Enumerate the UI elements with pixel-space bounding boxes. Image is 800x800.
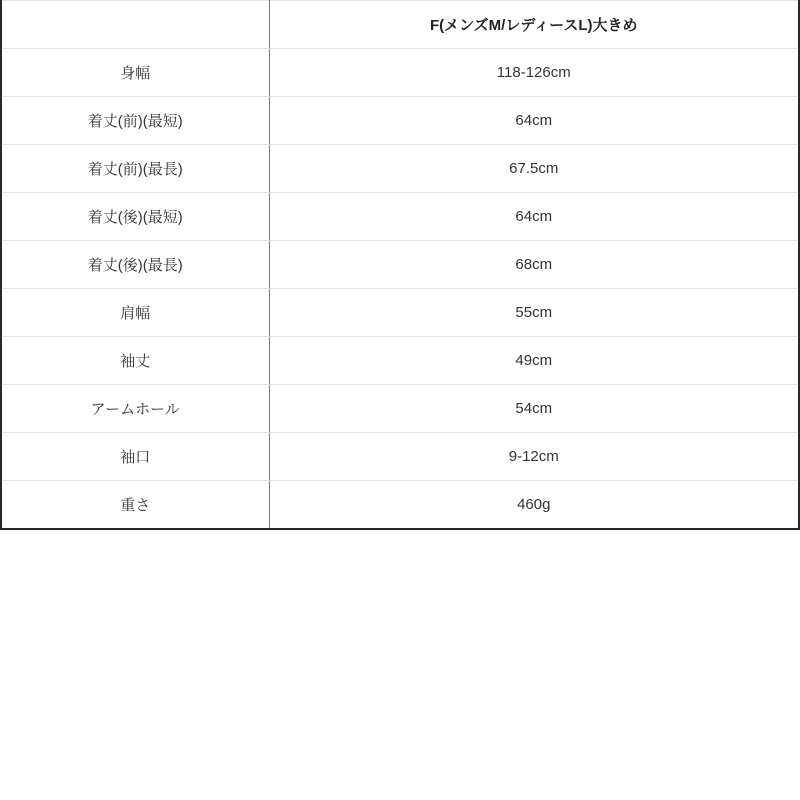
- measurement-value: 9-12cm: [269, 433, 799, 481]
- measurement-value: 55cm: [269, 289, 799, 337]
- table-row: 肩幅 55cm: [1, 289, 799, 337]
- table-row: アームホール 54cm: [1, 385, 799, 433]
- measurement-label: 重さ: [1, 481, 269, 529]
- measurement-label: 着丈(前)(最長): [1, 145, 269, 193]
- measurement-label: 着丈(前)(最短): [1, 97, 269, 145]
- table-row: 着丈(後)(最長) 68cm: [1, 241, 799, 289]
- measurement-value: 460g: [269, 481, 799, 529]
- measurement-value: 68cm: [269, 241, 799, 289]
- measurement-label: 着丈(後)(最短): [1, 193, 269, 241]
- table-row: 袖口 9-12cm: [1, 433, 799, 481]
- table-row: 袖丈 49cm: [1, 337, 799, 385]
- table-row: 重さ 460g: [1, 481, 799, 529]
- measurement-label: 肩幅: [1, 289, 269, 337]
- measurement-value: 54cm: [269, 385, 799, 433]
- measurement-label: 袖丈: [1, 337, 269, 385]
- measurement-value: 64cm: [269, 193, 799, 241]
- table-row: 身幅 118-126cm: [1, 49, 799, 97]
- measurement-label: 身幅: [1, 49, 269, 97]
- measurement-label: アームホール: [1, 385, 269, 433]
- header-size-cell: F(メンズM/レディースL)大きめ: [269, 1, 799, 49]
- measurement-value: 67.5cm: [269, 145, 799, 193]
- table-row: 着丈(前)(最短) 64cm: [1, 97, 799, 145]
- measurement-value: 49cm: [269, 337, 799, 385]
- header-label-cell: [1, 1, 269, 49]
- table-row: 着丈(前)(最長) 67.5cm: [1, 145, 799, 193]
- size-chart-table: F(メンズM/レディースL)大きめ 身幅 118-126cm 着丈(前)(最短)…: [0, 0, 800, 530]
- measurement-value: 118-126cm: [269, 49, 799, 97]
- table-row: 着丈(後)(最短) 64cm: [1, 193, 799, 241]
- table-header-row: F(メンズM/レディースL)大きめ: [1, 1, 799, 49]
- measurement-label: 着丈(後)(最長): [1, 241, 269, 289]
- measurement-label: 袖口: [1, 433, 269, 481]
- measurement-value: 64cm: [269, 97, 799, 145]
